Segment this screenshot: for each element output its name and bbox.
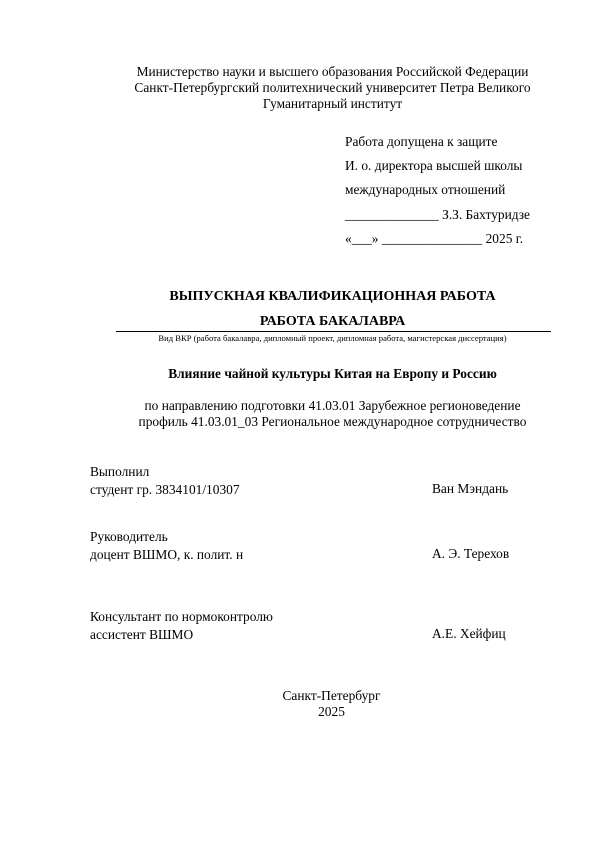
profile-line: профиль 41.03.01_03 Региональное междуна… xyxy=(0,414,595,430)
institution-header: Министерство науки и высшего образования… xyxy=(0,64,595,112)
study-direction: по направлению подготовки 41.03.01 Заруб… xyxy=(0,398,595,430)
author-name: Ван Мэндань xyxy=(432,481,508,497)
approval-line-1: Работа допущена к защите xyxy=(345,130,530,154)
document-title: ВЫПУСКНАЯ КВАЛИФИКАЦИОННАЯ РАБОТА xyxy=(0,289,595,305)
work-type-note: Вид ВКР (работа бакалавра, дипломный про… xyxy=(0,333,595,343)
approval-block: Работа допущена к защите И. о. директора… xyxy=(345,130,530,251)
approval-line-3: международных отношений xyxy=(345,178,530,202)
author-block: Выполнил студент гр. 3834101/10307 xyxy=(90,463,240,498)
footer-city: Санкт-Петербург xyxy=(0,688,595,704)
author-position: студент гр. 3834101/10307 xyxy=(90,481,240,499)
consultant-block: Консультант по нормоконтролю ассистент В… xyxy=(90,608,273,643)
author-role: Выполнил xyxy=(90,463,240,481)
consultant-role: Консультант по нормоконтролю xyxy=(90,608,273,626)
separator-line xyxy=(116,331,551,332)
supervisor-position: доцент ВШМО, к. полит. н xyxy=(90,546,243,564)
institute-line: Гуманитарный институт xyxy=(0,96,595,112)
work-type: РАБОТА БАКАЛАВРА xyxy=(0,314,595,330)
document-page: Министерство науки и высшего образования… xyxy=(0,0,595,841)
supervisor-block: Руководитель доцент ВШМО, к. полит. н xyxy=(90,528,243,563)
footer-year: 2025 xyxy=(0,704,595,720)
supervisor-name: А. Э. Терехов xyxy=(432,546,509,562)
consultant-name: А.Е. Хейфиц xyxy=(432,626,506,642)
approval-date-line: «___» _______________ 2025 г. xyxy=(345,227,530,251)
university-line: Санкт-Петербургский политехнический унив… xyxy=(0,80,595,96)
thesis-topic: Влияние чайной культуры Китая на Европу … xyxy=(0,366,595,382)
approval-signature-line: ______________ З.З. Бахтуридзе xyxy=(345,203,530,227)
footer: Санкт-Петербург 2025 xyxy=(0,688,595,720)
direction-line: по направлению подготовки 41.03.01 Заруб… xyxy=(0,398,595,414)
ministry-line: Министерство науки и высшего образования… xyxy=(0,64,595,80)
approval-line-2: И. о. директора высшей школы xyxy=(345,154,530,178)
consultant-position: ассистент ВШМО xyxy=(90,626,273,644)
supervisor-role: Руководитель xyxy=(90,528,243,546)
